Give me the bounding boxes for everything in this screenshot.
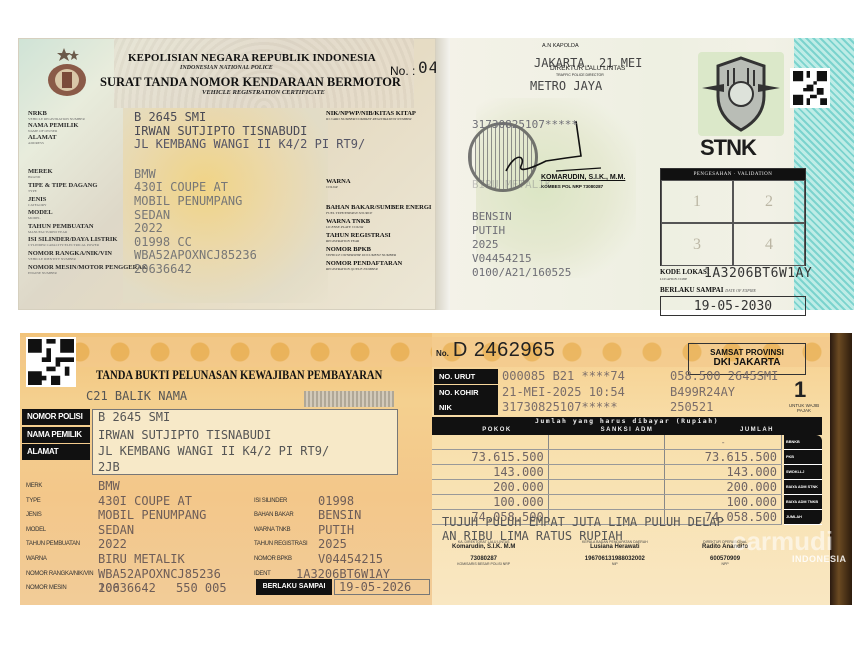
stnk-field-label: NOMOR BPKBVEHICLE OWNERSHIP DOCUMENT NUM… <box>326 246 396 257</box>
director-label: DIREKTUR LALU LINTAS <box>550 65 625 72</box>
meta-value: 31730825107***** <box>502 400 618 415</box>
stnk-field-label: NRKBVEHICLE REGISTRATION NUMBER <box>28 110 85 121</box>
stnk-field-value: 20636642 <box>134 262 192 276</box>
jumlah-cell: 73.615.500 <box>665 450 782 464</box>
jumlah-cell: - <box>665 435 782 449</box>
sanksi-cell <box>549 450 666 464</box>
payment-row: - <box>432 435 782 450</box>
police-crest-icon <box>44 46 90 98</box>
validation-cell-2: 2 <box>733 180 805 223</box>
meta-value: 000085 B21 ****74 <box>502 369 625 384</box>
payment-header: Jumlah yang harus dibayar (Rupiah) <box>432 417 822 426</box>
issuer-title: KEPOLISIAN NEGARA REPUBLIK INDONESIA <box>128 52 376 64</box>
copy-label: UNTUK WAJIB PAJAK <box>784 403 824 413</box>
pokok-cell: 73.615.500 <box>432 450 549 464</box>
payment-item-label: PKB <box>784 450 822 465</box>
stnk-field-label: MEREKBRAND <box>28 168 53 179</box>
receipt-number: No.D 2462965 <box>436 339 555 362</box>
payment-row: 143.000143.000 <box>432 465 782 480</box>
stnk-field-label: TAHUN PEMBUATANMANUFACTURED YEAR <box>28 223 94 234</box>
receipt-expiry-label: BERLAKU SAMPAI <box>256 579 332 595</box>
carmudi-watermark: carmudi <box>732 526 833 557</box>
vehicle-field-value: 2025 <box>318 537 347 551</box>
meta-label: NO. KOHIR <box>434 385 498 400</box>
stnk-right-page: A.N KAPOLDA JAKARTA. 21 MEI DIREKTUR LAL… <box>436 38 854 310</box>
payment-item-label: BIAYA ADM TNKB <box>784 495 822 510</box>
stnk-field-value: 01998 CC <box>134 235 192 249</box>
code-550: 550 005 <box>176 581 227 595</box>
stnk-field-label: NOMOR RANGKA/NIK/VINVEHICLE IDENTITY NUM… <box>28 250 112 261</box>
sanksi-cell <box>549 435 666 449</box>
validation-cell-1: 1 <box>661 180 733 223</box>
vehicle-field-label: TYPE <box>26 498 40 504</box>
director-label-en: TRAFFIC POLICE DIRECTOR <box>556 73 604 77</box>
pokok-cell: 100.000 <box>432 495 549 509</box>
payment-row: 200.000200.000 <box>432 480 782 495</box>
sanksi-cell <box>549 495 666 509</box>
police-shield-emblem-icon <box>698 52 784 136</box>
vehicle-field-value: 430I COUPE AT <box>98 494 192 508</box>
vehicle-field-label: NOMOR MESIN <box>26 585 66 591</box>
vehicle-field-value: 2022 <box>98 537 127 551</box>
meta-value-secondary: 058.500 2645SMI <box>670 369 778 384</box>
official-signature-block: KA. DIREKTORAT LALU LINTASKomarudin, S.I… <box>452 540 515 566</box>
validation-cell-3: 3 <box>661 223 733 266</box>
stnk-field-value: 2022 <box>134 221 163 235</box>
meta-value-secondary: B499R24AY <box>670 385 735 400</box>
payment-item-label: BIAYA ADM STNK <box>784 480 822 495</box>
region: METRO JAYA <box>530 79 602 93</box>
vehicle-field-label: WARNA <box>26 556 47 562</box>
stnk-field-label: ALAMATADDRESS <box>28 134 56 145</box>
pokok-cell <box>432 435 549 449</box>
stnk-field-label: MODELMODEL <box>28 209 53 220</box>
owner-name-label: NAMA PEMILIK <box>22 427 90 443</box>
qr-code-icon <box>26 337 76 387</box>
receipt-title: TANDA BUKTI PELUNASAN KEWAJIBAN PEMBAYAR… <box>96 367 382 383</box>
jumlah-cell: 200.000 <box>665 480 782 494</box>
stnk-field-value: WBA52APOXNCJ85236 <box>134 248 257 262</box>
vehicle-field-value: 01998 <box>318 494 354 508</box>
stnk-field-label: TAHUN REGISTRASIREGISTRATION YEAR <box>326 232 391 243</box>
vehicle-field-value: BIRU METALIK <box>98 552 185 566</box>
vehicle-field-value: BMW <box>98 479 120 493</box>
payment-item-label: JUMLAH <box>784 510 822 525</box>
stnk-field-label: NIK/NPWP/NIB/KITAS KITAPID CARD NUMBER/C… <box>326 110 416 121</box>
owner-name-value: IRWAN SUTJIPTO TISNABUDI <box>98 427 271 443</box>
pokok-cell: 143.000 <box>432 465 549 479</box>
stnk-field-value: 0100/A21/160525 <box>472 266 571 279</box>
stnk-logo-text: STNK <box>700 135 756 161</box>
plate-value: B 2645 SMI <box>98 409 170 425</box>
stnk-field-value: MOBIL PENUMPANG <box>134 194 242 208</box>
stnk-field-value: V04454215 <box>472 252 532 265</box>
jumlah-cell: 143.000 <box>665 465 782 479</box>
payment-table: -73.615.50073.615.500143.000143.000200.0… <box>432 435 782 525</box>
stnk-field-value: PUTIH <box>472 224 505 237</box>
payment-receipt-left: TANDA BUKTI PELUNASAN KEWAJIBAN PEMBAYAR… <box>20 333 432 605</box>
column-sanksi: SANKSI ADM <box>562 426 692 435</box>
vehicle-field-label: MERK <box>26 483 42 489</box>
stnk-field-label: NOMOR MESIN/MOTOR PENGGERAKENGINE NUMBER <box>28 264 147 275</box>
meta-label: NO. URUT <box>434 369 498 384</box>
code-100: 100 <box>98 581 120 595</box>
document-subtitle: VEHICLE REGISTRATION CERTIFICATE <box>202 89 325 96</box>
address-label: ALAMAT <box>22 444 90 460</box>
stnk-card: KEPOLISIAN NEGARA REPUBLIK INDONESIA IND… <box>18 38 854 310</box>
validation-box: PENGESAHAN · VALIDATION 1 2 3 4 <box>660 168 806 266</box>
document-title: SURAT TANDA NOMOR KENDARAAN BERMOTOR <box>100 75 401 90</box>
stnk-field-label: WARNACOLOR <box>326 178 351 189</box>
stnk-field-label: ISI SILINDER/DAYA LISTRIKCYLINDER CAPACI… <box>28 236 117 247</box>
payment-columns: POKOK SANKSI ADM JUMLAH <box>432 426 822 435</box>
vehicle-field-label: BAHAN BAKAR <box>254 512 293 518</box>
expiry-label: BERLAKU SAMPAI DATE OF EXPIRE <box>660 286 756 294</box>
jumlah-cell: 100.000 <box>665 495 782 509</box>
payment-row: 100.000100.000 <box>432 495 782 510</box>
address-value: JL KEMBANG WANGI II K4/2 PI RT9/ <box>98 443 329 459</box>
stnk-field-label: JENISCATEGORY <box>28 196 46 207</box>
vehicle-field-value: BENSIN <box>318 508 361 522</box>
stnk-field-value: JL KEMBANG WANGI II K4/2 PI RT9/ <box>134 137 365 151</box>
redacted-area <box>304 391 394 407</box>
signer-name: KOMARUDIN, S.I.K., M.M. <box>541 174 625 181</box>
stnk-field-label: BAHAN BAKAR/SUMBER ENERGIFUEL TYPE/ENERG… <box>326 204 431 215</box>
vehicle-field-label: IDENT <box>254 571 271 577</box>
stnk-field-value: IRWAN SUTJIPTO TISNABUDI <box>134 124 307 138</box>
vehicle-field-label: NOMOR RANGKA/NIK/VIN <box>26 571 93 577</box>
location-code-label: KODE LOKASILOCATION CODE <box>660 269 710 283</box>
carmudi-watermark-sub: INDONESIA <box>792 554 847 564</box>
payment-item-labels: BBNKBPKBSWDKLLJBIAYA ADM STNKBIAYA ADM T… <box>784 435 822 525</box>
location-code-value: 1A3206BT6W1AY <box>704 266 812 281</box>
validation-cell-4: 4 <box>733 223 805 266</box>
payment-receipt-card: TANDA BUKTI PELUNASAN KEWAJIBAN PEMBAYAR… <box>20 333 852 605</box>
stnk-field-value: 31730825107***** <box>472 118 578 131</box>
amount-in-words: TUJUH PULUH EMPAT JUTA LIMA PULUH DELAP … <box>442 515 724 543</box>
stnk-field-value: BENSIN <box>472 210 512 223</box>
vehicle-field-value: WBA52APOXNCJ85236 <box>98 567 221 581</box>
vehicle-field-label: TAHUN PEMBUATAN <box>26 541 80 547</box>
vehicle-field-value: PUTIH <box>318 523 354 537</box>
stnk-field-label: WARNA TNKBLICENSE PLATE COLOR <box>326 218 370 229</box>
kapolda-label: A.N KAPOLDA <box>542 43 579 49</box>
payment-item-label: SWDKLLJ <box>784 465 822 480</box>
receipt-expiry-value: 19-05-2026 <box>334 579 430 595</box>
transaction-type: C21 BALIK NAMA <box>86 389 187 403</box>
qr-code-icon <box>790 68 830 108</box>
stnk-field-value: SEDAN <box>134 208 170 222</box>
issuer-subtitle: INDONESIAN NATIONAL POLICE <box>180 65 273 71</box>
expiry-date: 19-05-2030 <box>660 296 806 316</box>
vehicle-field-label: TAHUN REGISTRASI <box>254 541 307 547</box>
official-signature-block: KEPALA BADAN PENDAPATAN DAERAHLusiana He… <box>582 540 648 566</box>
vehicle-field-label: WARNA TNKB <box>254 527 290 533</box>
stnk-left-page: KEPOLISIAN NEGARA REPUBLIK INDONESIA IND… <box>18 38 436 310</box>
vehicle-field-label: MODEL <box>26 527 46 533</box>
meta-label: NIK <box>434 400 498 415</box>
stnk-field-value: BIRU METALIK <box>472 178 551 191</box>
sanksi-cell <box>549 465 666 479</box>
stnk-field-value: 430I COUPE AT <box>134 180 228 194</box>
pokok-cell: 200.000 <box>432 480 549 494</box>
vehicle-field-value: MOBIL PENUMPANG <box>98 508 206 522</box>
stnk-field-label: NOMOR PENDAFTARANREGISTRATION QUEUE NUMB… <box>326 260 402 271</box>
vehicle-field-label: JENIS <box>26 512 42 518</box>
stnk-field-value: 2025 <box>472 238 499 251</box>
plate-label: NOMOR POLISI <box>22 409 90 425</box>
payment-item-label: BBNKB <box>784 435 822 450</box>
meta-value: 21-MEI-2025 10:54 <box>502 385 625 400</box>
doc-number-label: No. : <box>390 64 415 78</box>
stnk-field-value: B 2645 SMI <box>134 110 206 124</box>
copy-number: 1 <box>794 377 806 403</box>
stnk-field-label: TIPE & TIPE DAGANGTYPE <box>28 182 97 193</box>
vehicle-field-value: SEDAN <box>98 523 134 537</box>
vehicle-field-label: NOMOR BPKB <box>254 556 292 562</box>
payment-receipt-right: No.D 2462965 SAMSAT PROVINSI DKI JAKARTA… <box>432 333 852 605</box>
column-pokok: POKOK <box>432 426 562 435</box>
stnk-field-label: NAMA PEMILIKNAME OF OWNER <box>28 122 78 133</box>
stnk-field-value: BMW <box>134 167 156 181</box>
vehicle-field-label: ISI SILINDER <box>254 498 287 504</box>
column-jumlah: JUMLAH <box>692 426 822 435</box>
address-value-line2: 2JB <box>98 459 120 475</box>
validation-header: PENGESAHAN · VALIDATION <box>661 169 805 180</box>
meta-value-secondary: 250521 <box>670 400 713 415</box>
sanksi-cell <box>549 480 666 494</box>
vehicle-field-value: V04454215 <box>318 552 383 566</box>
payment-row: 73.615.50073.615.500 <box>432 450 782 465</box>
